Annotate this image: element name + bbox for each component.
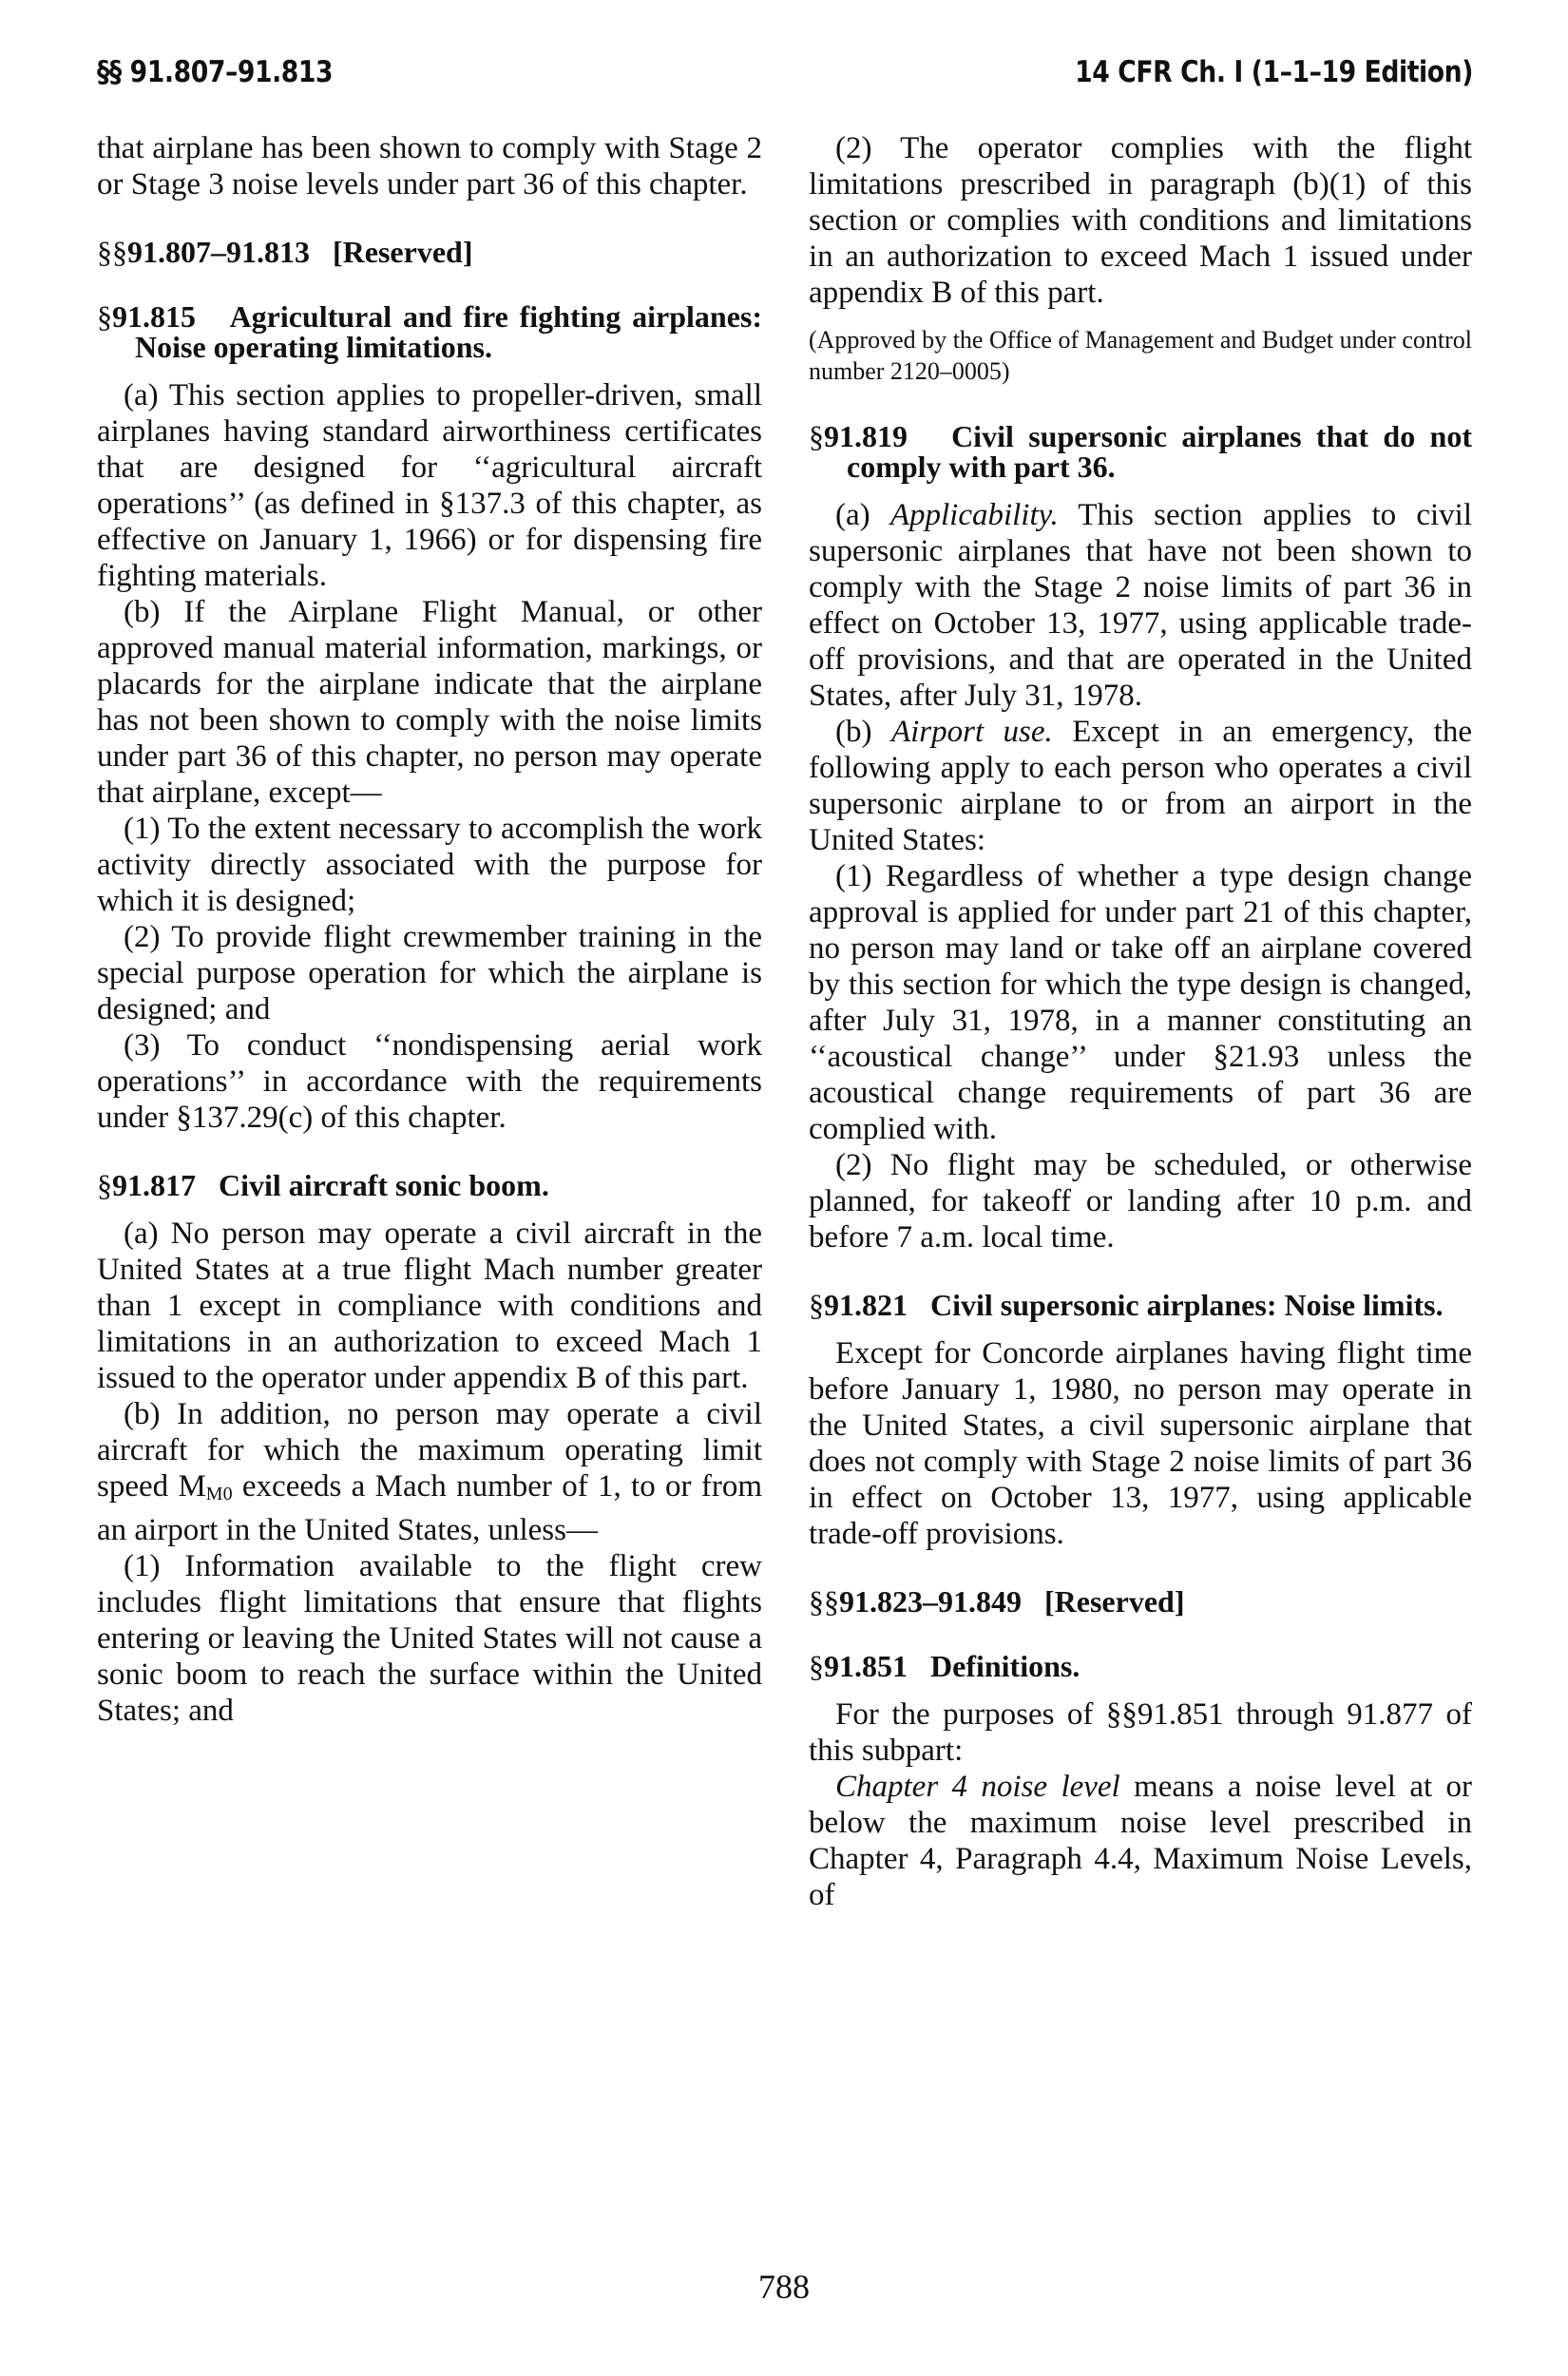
section-title: Definitions. [930,1649,1080,1683]
paragraph-815-b1: (1) To the extent necessary to accomplis… [97,811,762,919]
section-symbol: § [809,419,824,453]
italic-term: Airport use. [891,715,1053,749]
section-heading-91-821: §91.821 Civil supersonic airplanes: Nois… [809,1290,1472,1320]
section-number: 91.851 [824,1649,908,1683]
omb-approval-note: (Approved by the Office of Management an… [809,324,1472,387]
section-number: 91.821 [824,1288,908,1322]
section-heading-91-819: §91.819 Civil supersonic airplanes that … [809,421,1472,482]
paragraph-851-definition: Chapter 4 noise level means a noise leve… [809,1769,1472,1913]
section-symbol: § [97,1168,112,1202]
running-header-section-range: §§ 91.807–91.813 [97,55,333,89]
section-symbol: § [809,1649,824,1683]
section-heading-91-807: §§91.807–91.813 [Reserved] [97,237,762,267]
section-title: Civil aircraft sonic boom. [219,1168,549,1202]
section-symbol: § [97,299,112,334]
paragraph-815-b: (b) If the Airplane Flight Manual, or ot… [97,594,762,811]
paragraph-851: For the purposes of §§91.851 through 91.… [809,1696,1472,1769]
section-heading-91-851: §91.851 Definitions. [809,1651,1472,1681]
paragraph-815-b2: (2) To provide flight crewmember trainin… [97,919,762,1027]
paragraph-819-b: (b) Airport use. Except in an emergency,… [809,714,1472,858]
defined-term: Chapter 4 noise level [835,1770,1120,1804]
left-column: that airplane has been shown to comply w… [97,130,762,1729]
section-title: Civil supersonic airplanes that do not c… [847,419,1472,484]
page-number: 788 [0,2267,1568,2307]
section-title: Agricultural and fire fighting airplanes… [135,299,762,364]
right-column: (2) The operator complies with the fligh… [809,130,1472,1913]
paragraph-819-b1: (1) Regardless of whether a type design … [809,858,1472,1147]
paragraph-815-b3: (3) To conduct ‘‘nondispensing aerial wo… [97,1027,762,1136]
section-symbol: § [809,1288,824,1322]
section-heading-91-817: §91.817 Civil aircraft sonic boom. [97,1170,762,1200]
paragraph-819-a: (a) Applicability. This section applies … [809,497,1472,714]
paragraph-continuation: that airplane has been shown to comply w… [97,130,762,202]
section-number: 91.815 [112,299,196,334]
section-number: 91.817 [112,1168,196,1202]
section-heading-91-823: §§91.823–91.849 [Reserved] [809,1586,1472,1617]
paragraph-819-b2: (2) No flight may be scheduled, or other… [809,1147,1472,1255]
section-heading-91-815: §91.815 Agricultural and fire fighting a… [97,301,762,362]
subscript-mo: M0 [206,1484,233,1504]
paragraph-817-a: (a) No person may operate a civil aircra… [97,1216,762,1396]
paragraph-821: Except for Concorde airplanes having fli… [809,1335,1472,1552]
section-title: Civil supersonic airplanes: Noise limits… [930,1288,1444,1322]
running-header-edition: 14 CFR Ch. I (1–1–19 Edition) [1075,55,1473,89]
paragraph-815-a: (a) This section applies to propeller-dr… [97,377,762,594]
section-number: 91.807–91.813 [127,235,310,269]
paragraph-817-b1: (1) Information available to the flight … [97,1548,762,1729]
section-symbol: §§ [97,235,127,269]
section-symbol: §§ [809,1584,839,1619]
section-number: 91.823–91.849 [839,1584,1022,1619]
section-number: 91.819 [824,419,908,453]
italic-term: Applicability. [890,498,1059,532]
section-title: [Reserved] [1044,1584,1184,1619]
paragraph-817-b: (b) In addition, no person may operate a… [97,1396,762,1548]
section-title: [Reserved] [333,235,472,269]
paragraph-817-b2: (2) The operator complies with the fligh… [809,130,1472,311]
